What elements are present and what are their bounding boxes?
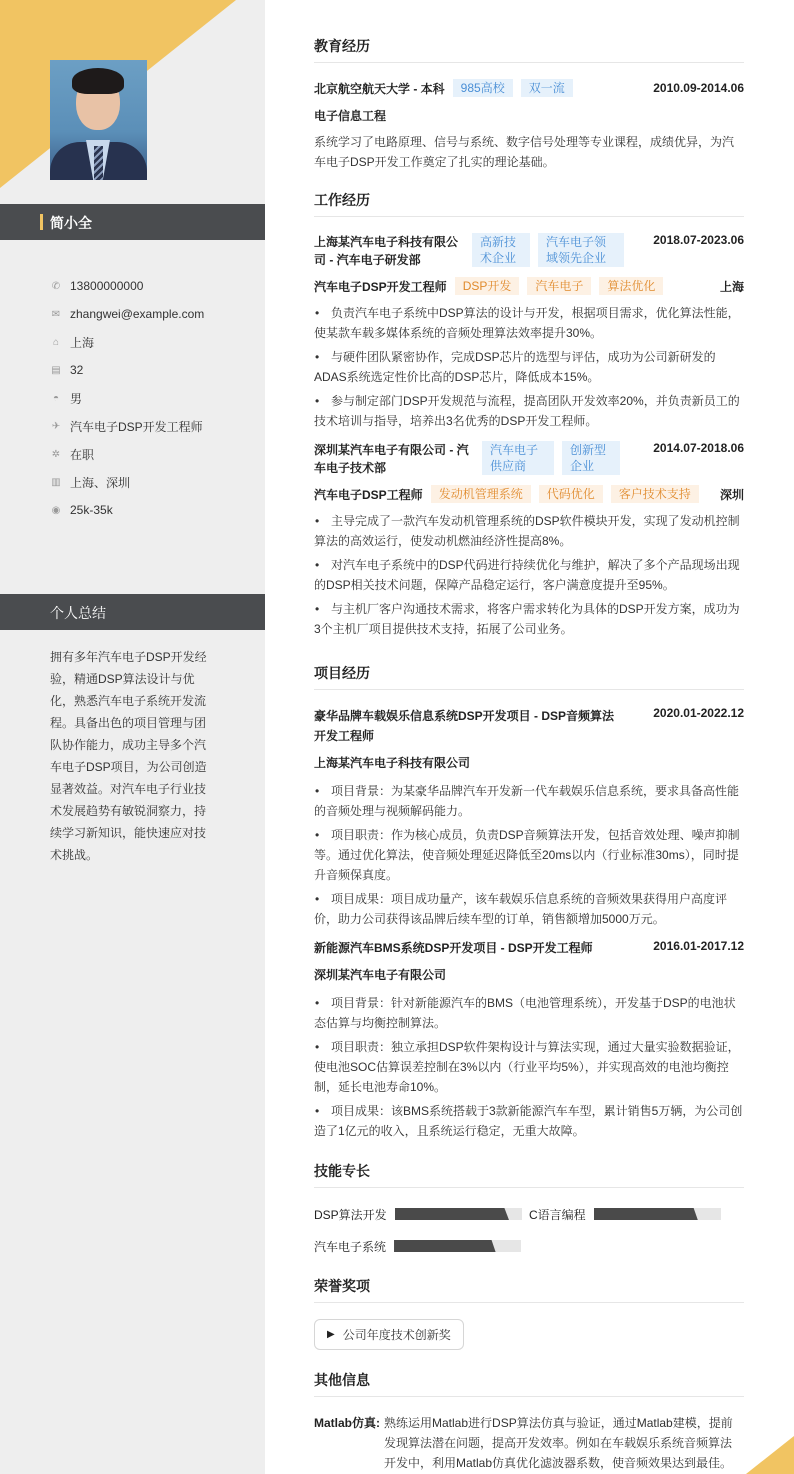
- mail-icon: ✉: [50, 308, 62, 320]
- bullet-item: 主导完成了一款汽车发动机管理系统的DSP软件模块开发，实现了发动机控制算法的高效…: [314, 511, 744, 551]
- sidebar: 简小全 ✆13800000000 ✉zhangwei@example.com ⌂…: [0, 0, 265, 1474]
- work-item: 深圳某汽车电子有限公司 - 汽车电子技术部 汽车电子供应商 创新型企业 2014…: [314, 441, 744, 639]
- skill-label: C语言编程: [529, 1206, 586, 1223]
- project-item: 豪华品牌车载娱乐信息系统DSP开发项目 - DSP音频算法开发工程师 2020.…: [314, 706, 744, 929]
- work-item: 上海某汽车电子科技有限公司 - 汽车电子研发部 高新技术企业 汽车电子领域领先企…: [314, 233, 744, 431]
- skill-bar: [395, 1208, 522, 1220]
- skill-item: DSP算法开发: [314, 1206, 529, 1223]
- project-company: 深圳某汽车电子有限公司: [314, 966, 744, 983]
- school-tag: 双一流: [521, 79, 573, 97]
- section-title: 教育经历: [314, 36, 744, 63]
- other-key: Matlab仿真:: [314, 1413, 380, 1473]
- bullet-item: 与硬件团队紧密协作，完成DSP芯片的选型与评估，成功为公司新研发的ADAS系统选…: [314, 347, 744, 387]
- section-title: 工作经历: [314, 190, 744, 217]
- skill-bar: [594, 1208, 721, 1220]
- role-tag: 发动机管理系统: [431, 485, 531, 503]
- bullet-item: 项目职责：作为核心成员，负责DSP音频算法开发，包括音效处理、噪声抑制等。通过优…: [314, 825, 744, 885]
- projects-section: 项目经历 豪华品牌车载娱乐信息系统DSP开发项目 - DSP音频算法开发工程师 …: [314, 663, 744, 1141]
- education-section: 教育经历 北京航空航天大学 - 本科 985高校 双一流 2010.09-201…: [314, 36, 744, 172]
- education-desc: 系统学习了电路原理、信号与系统、数字信号处理等专业课程，成绩优异，为汽车电子DS…: [314, 132, 744, 172]
- contact-age: ▤32: [50, 356, 204, 384]
- skill-bar-fill: [594, 1208, 698, 1220]
- work-bullets: 负责汽车电子系统中DSP算法的设计与开发，根据项目需求，优化算法性能，使某款车载…: [314, 303, 744, 431]
- skill-item: 汽车电子系统: [314, 1238, 534, 1255]
- skill-row: 汽车电子系统: [314, 1230, 744, 1262]
- skill-row: DSP算法开发 C语言编程: [314, 1198, 744, 1230]
- skill-bar-fill: [394, 1240, 496, 1252]
- phone-icon: ✆: [50, 280, 62, 292]
- contact-status: ✲在职: [50, 440, 204, 468]
- award-item[interactable]: ▶ 公司年度技术创新奖: [314, 1319, 464, 1350]
- skill-bar: [394, 1240, 521, 1252]
- role-tag: 汽车电子: [527, 277, 591, 295]
- education-date: 2010.09-2014.06: [653, 81, 744, 95]
- section-title: 其他信息: [314, 1370, 744, 1397]
- skill-label: DSP算法开发: [314, 1206, 387, 1223]
- company-name: 上海某汽车电子科技有限公司 - 汽车电子研发部: [314, 233, 464, 269]
- section-title: 荣誉奖项: [314, 1276, 744, 1303]
- project-company: 上海某汽车电子科技有限公司: [314, 754, 744, 771]
- section-title: 项目经历: [314, 663, 744, 690]
- awards-section: 荣誉奖项 ▶ 公司年度技术创新奖: [314, 1276, 744, 1350]
- school-name: 北京航空航天大学 - 本科: [314, 80, 445, 97]
- project-name: 豪华品牌车载娱乐信息系统DSP开发项目 - DSP音频算法开发工程师: [314, 706, 624, 746]
- role-tag: 代码优化: [539, 485, 603, 503]
- name-accent-bar: [40, 214, 43, 230]
- company-tag: 汽车电子供应商: [482, 441, 554, 475]
- summary-header: 个人总结: [0, 594, 265, 630]
- company-tag: 高新技术企业: [472, 233, 530, 267]
- skill-bar-fill: [395, 1208, 509, 1220]
- work-date: 2018.07-2023.06: [653, 233, 744, 247]
- award-label: 公司年度技术创新奖: [343, 1326, 451, 1343]
- bullet-item: 与主机厂客户沟通技术需求，将客户需求转化为具体的DSP开发方案，成功为3个主机厂…: [314, 599, 744, 639]
- summary-text: 拥有多年汽车电子DSP开发经验，精通DSP算法设计与优化，熟悉汽车电子系统开发流…: [50, 646, 210, 866]
- work-city: 上海: [720, 278, 744, 295]
- triangle-right-icon: ▶: [327, 1329, 335, 1340]
- skill-item: C语言编程: [529, 1206, 744, 1223]
- section-title: 技能专长: [314, 1161, 744, 1188]
- school-tag: 985高校: [453, 79, 513, 97]
- contact-email: ✉zhangwei@example.com: [50, 300, 204, 328]
- main-content: 教育经历 北京航空航天大学 - 本科 985高校 双一流 2010.09-201…: [314, 36, 744, 1473]
- skill-label: 汽车电子系统: [314, 1238, 386, 1255]
- company-tag: 汽车电子领域领先企业: [538, 233, 624, 267]
- home-icon: ⌂: [50, 336, 62, 348]
- age-icon: ▤: [50, 364, 62, 376]
- work-date: 2014.07-2018.06: [653, 441, 744, 455]
- work-section: 工作经历 上海某汽车电子科技有限公司 - 汽车电子研发部 高新技术企业 汽车电子…: [314, 190, 744, 639]
- bullet-item: 负责汽车电子系统中DSP算法的设计与开发，根据项目需求，优化算法性能，使某款车载…: [314, 303, 744, 343]
- major: 电子信息工程: [314, 107, 744, 124]
- bullet-item: 项目背景：针对新能源汽车的BMS（电池管理系统），开发基于DSP的电池状态估算与…: [314, 993, 744, 1033]
- bottom-corner-decoration: [746, 1436, 794, 1474]
- name-header: 简小全: [0, 204, 265, 240]
- role-title: 汽车电子DSP工程师: [314, 486, 423, 503]
- role-tag: DSP开发: [455, 277, 520, 295]
- contact-salary: ◉25k-35k: [50, 496, 204, 524]
- project-item: 新能源汽车BMS系统DSP开发项目 - DSP开发工程师 2016.01-201…: [314, 939, 744, 1141]
- contact-gender: ◓男: [50, 384, 204, 412]
- project-date: 2020.01-2022.12: [653, 706, 744, 720]
- city-icon: ▥: [50, 476, 62, 488]
- company-tag: 创新型企业: [562, 441, 620, 475]
- role-tag: 客户技术支持: [611, 485, 699, 503]
- other-value: 熟练运用Matlab进行DSP算法仿真与验证，通过Matlab建模，提前发现算法…: [384, 1413, 744, 1473]
- project-bullets: 项目背景：针对新能源汽车的BMS（电池管理系统），开发基于DSP的电池状态估算与…: [314, 993, 744, 1141]
- role-tag: 算法优化: [599, 277, 663, 295]
- other-item: Matlab仿真: 熟练运用Matlab进行DSP算法仿真与验证，通过Matla…: [314, 1413, 744, 1473]
- contact-city: ▥上海、深圳: [50, 468, 204, 496]
- work-city: 深圳: [720, 486, 744, 503]
- contact-phone: ✆13800000000: [50, 272, 204, 300]
- project-date: 2016.01-2017.12: [653, 939, 744, 953]
- job-icon: ✈: [50, 420, 62, 432]
- contact-location: ⌂上海: [50, 328, 204, 356]
- summary-title: 个人总结: [50, 603, 106, 623]
- contact-job: ✈汽车电子DSP开发工程师: [50, 412, 204, 440]
- avatar-photo: [50, 60, 147, 180]
- skills-section: 技能专长 DSP算法开发 C语言编程 汽车电子系统: [314, 1161, 744, 1262]
- gender-icon: ◓: [50, 392, 62, 404]
- contact-list: ✆13800000000 ✉zhangwei@example.com ⌂上海 ▤…: [50, 272, 204, 524]
- bullet-item: 项目成果：项目成功量产，该车载娱乐信息系统的音频效果获得用户高度评价，助力公司获…: [314, 889, 744, 929]
- bullet-item: 项目成果：该BMS系统搭载于3款新能源汽车车型，累计销售5万辆，为公司创造了1亿…: [314, 1101, 744, 1141]
- role-title: 汽车电子DSP开发工程师: [314, 278, 447, 295]
- other-section: 其他信息 Matlab仿真: 熟练运用Matlab进行DSP算法仿真与验证，通过…: [314, 1370, 744, 1473]
- bullet-item: 对汽车电子系统中的DSP代码进行持续优化与维护，解决了多个产品现场出现的DSP相…: [314, 555, 744, 595]
- project-name: 新能源汽车BMS系统DSP开发项目 - DSP开发工程师: [314, 939, 593, 956]
- project-bullets: 项目背景：为某豪华品牌汽车开发新一代车载娱乐信息系统，要求具备高性能的音频处理与…: [314, 781, 744, 929]
- bullet-item: 项目背景：为某豪华品牌汽车开发新一代车载娱乐信息系统，要求具备高性能的音频处理与…: [314, 781, 744, 821]
- work-bullets: 主导完成了一款汽车发动机管理系统的DSP软件模块开发，实现了发动机控制算法的高效…: [314, 511, 744, 639]
- status-icon: ✲: [50, 448, 62, 460]
- candidate-name: 简小全: [50, 213, 92, 233]
- bullet-item: 参与制定部门DSP开发规范与流程，提高团队开发效率20%，并负责新员工的技术培训…: [314, 391, 744, 431]
- bullet-item: 项目职责：独立承担DSP软件架构设计与算法实现，通过大量实验数据验证，使电池SO…: [314, 1037, 744, 1097]
- salary-icon: ◉: [50, 504, 62, 516]
- company-name: 深圳某汽车电子有限公司 - 汽车电子技术部: [314, 441, 474, 477]
